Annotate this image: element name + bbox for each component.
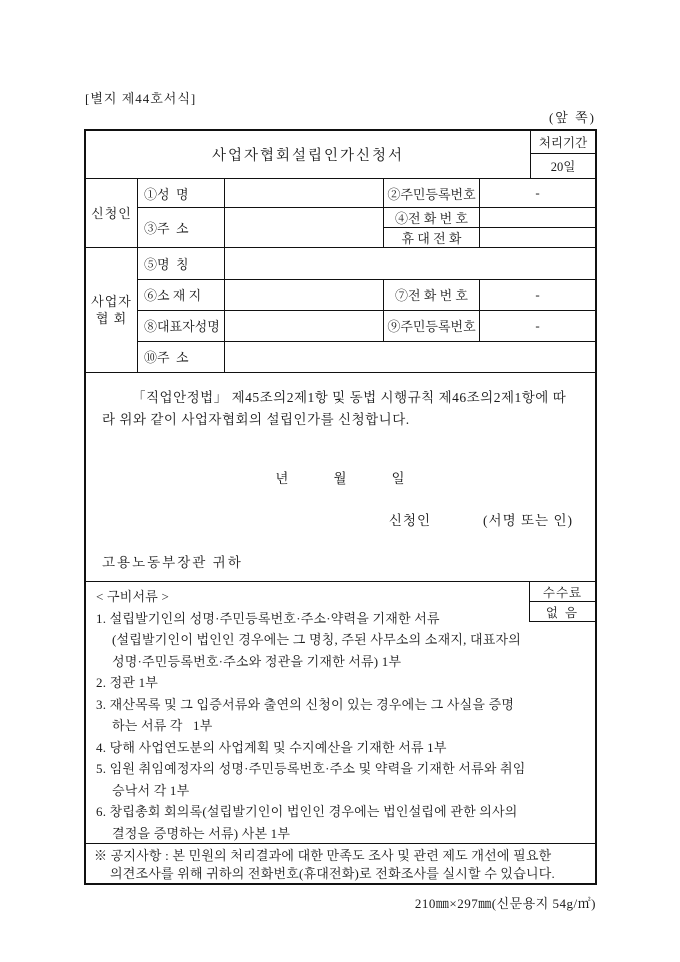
association-address-label: ⑩주 소 bbox=[138, 342, 225, 372]
document-item-cont: 승낙서 각 1부 bbox=[96, 780, 591, 802]
recipient-line: 고용노동부장관 귀하 bbox=[102, 551, 243, 571]
association-address-value bbox=[225, 342, 595, 372]
applicant-name-value bbox=[225, 179, 384, 208]
statement-line: 라 위와 같이 사업자협회의 설립인가를 신청합니다. bbox=[102, 409, 579, 431]
fee-label: 수수료 bbox=[530, 582, 595, 602]
applicant-address-value bbox=[225, 208, 384, 247]
association-name-row: ⑤명 칭 bbox=[138, 248, 595, 279]
association-representative-label: ⑧대표자성명 bbox=[138, 311, 225, 341]
title-row: 사업자협회설립인가신청서 처리기간 20일 bbox=[86, 131, 595, 178]
association-name-label: ⑤명 칭 bbox=[138, 248, 225, 278]
required-documents-section: 수수료 없 음 < 구비서류 > 1. 설립발기인의 성명·주민등록번호·주소·… bbox=[86, 581, 595, 843]
document-item: 2. 정관 1부 bbox=[96, 672, 591, 694]
signature-line: 신청인 (서명 또는 인) bbox=[102, 509, 579, 529]
association-group-label: 사업자 협 회 bbox=[86, 248, 138, 371]
statement-line: 「직업안정법」 제45조의2제1항 및 동법 시행규칙 제46조의2제1항에 따 bbox=[102, 387, 579, 409]
association-group-label-line1: 사업자 bbox=[91, 293, 132, 310]
document-item: 4. 당해 사업연도분의 사업계획 및 수지예산을 기재한 서류 1부 bbox=[96, 737, 591, 759]
form-reference: [별지 제44호서식] bbox=[85, 88, 196, 107]
paper-spec: 210㎜×297㎜(신문용지 54g/㎡) bbox=[415, 893, 596, 912]
day-label: 일 bbox=[392, 467, 406, 487]
fee-value: 없 음 bbox=[530, 602, 595, 621]
association-location-label: ⑥소 재 지 bbox=[138, 280, 225, 310]
applicant-phone-row: ④전 화 번 호 bbox=[384, 208, 595, 228]
association-phone-label: ⑦전 화 번 호 bbox=[384, 280, 480, 310]
notice-section: ※ 공지사항 : 본 민원의 처리결과에 대한 만족도 조사 및 관련 제도 개… bbox=[86, 843, 595, 883]
document-item-cont: 성명·주민등록번호·주소와 정관을 기재한 서류) 1부 bbox=[96, 651, 591, 673]
association-rrn-value: - bbox=[480, 311, 595, 341]
applicant-name-row: ①성 명 ②주민등록번호 - bbox=[138, 179, 595, 209]
form-page: [별지 제44호서식] (앞 쪽) 사업자협회설립인가신청서 처리기간 20일 … bbox=[0, 0, 680, 962]
sign-note: (서명 또는 인) bbox=[483, 509, 573, 529]
notice-line: ※ 공지사항 : 본 민원의 처리결과에 대한 만족도 조사 및 관련 제도 개… bbox=[94, 847, 589, 865]
statement-section: 「직업안정법」 제45조의2제1항 및 동법 시행규칙 제46조의2제1항에 따… bbox=[86, 372, 595, 581]
page-side-label: (앞 쪽) bbox=[549, 107, 596, 126]
application-form-table: 사업자협회설립인가신청서 처리기간 20일 신청인 ①성 명 ②주민등록번호 -… bbox=[84, 129, 597, 885]
association-section: 사업자 협 회 ⑤명 칭 ⑥소 재 지 ⑦전 화 번 호 - ⑧대표자성명 ⑨ bbox=[86, 247, 595, 371]
document-item-cont: (설립발기인이 법인인 경우에는 그 명칭, 주된 사무소의 소재지, 대표자의 bbox=[96, 629, 591, 651]
document-item: 5. 임원 취임예정자의 성명·주민등록번호·주소 및 약력을 기재한 서류와 … bbox=[96, 758, 591, 780]
applicant-rrn-label: ②주민등록번호 bbox=[384, 179, 480, 208]
applicant-section: 신청인 ①성 명 ②주민등록번호 - ③주 소 ④전 화 번 호 bbox=[86, 178, 595, 248]
association-group-label-line2: 협 회 bbox=[96, 310, 127, 327]
applicant-mobile-value bbox=[480, 228, 595, 247]
association-name-value bbox=[225, 248, 595, 278]
association-location-value bbox=[225, 280, 384, 310]
applicant-phone-label: ④전 화 번 호 bbox=[384, 208, 480, 227]
signer-label: 신청인 bbox=[389, 509, 431, 529]
applicant-name-label: ①성 명 bbox=[138, 179, 225, 208]
association-phone-value: - bbox=[480, 280, 595, 310]
fee-box: 수수료 없 음 bbox=[529, 582, 595, 622]
document-item-cont: 결정을 증명하는 서류) 사본 1부 bbox=[96, 823, 591, 845]
date-line: 년 월 일 bbox=[102, 467, 579, 487]
applicant-address-label: ③주 소 bbox=[138, 208, 225, 247]
association-address-row: ⑩주 소 bbox=[138, 342, 595, 372]
form-title: 사업자협회설립인가신청서 bbox=[86, 131, 530, 178]
documents-heading: < 구비서류 > bbox=[96, 586, 521, 608]
applicant-rrn-value: - bbox=[480, 179, 595, 208]
notice-line-cont: 의견조사를 위해 귀하의 전화번호(휴대전화)로 전화조사를 실시할 수 있습니… bbox=[94, 865, 589, 883]
association-representative-value bbox=[225, 311, 384, 341]
applicant-phone-value bbox=[480, 208, 595, 227]
processing-period-label: 처리기간 bbox=[531, 131, 595, 154]
association-representative-row: ⑧대표자성명 ⑨주민등록번호 - bbox=[138, 311, 595, 342]
processing-period-box: 처리기간 20일 bbox=[530, 131, 595, 178]
processing-period-value: 20일 bbox=[531, 154, 595, 178]
association-rrn-label: ⑨주민등록번호 bbox=[384, 311, 480, 341]
document-item: 1. 설립발기인의 성명·주민등록번호·주소·약력을 기재한 서류 bbox=[96, 608, 521, 630]
year-label: 년 bbox=[275, 467, 289, 487]
month-label: 월 bbox=[333, 467, 347, 487]
applicant-group-label: 신청인 bbox=[86, 179, 138, 248]
applicant-address-row: ③주 소 ④전 화 번 호 휴 대 전 화 bbox=[138, 208, 595, 247]
document-item-cont: 하는 서류 각 1부 bbox=[96, 715, 591, 737]
applicant-mobile-row: 휴 대 전 화 bbox=[384, 228, 595, 247]
document-item: 3. 재산목록 및 그 입증서류와 출연의 신청이 있는 경우에는 그 사실을 … bbox=[96, 694, 591, 716]
applicant-mobile-label: 휴 대 전 화 bbox=[384, 228, 480, 247]
association-location-row: ⑥소 재 지 ⑦전 화 번 호 - bbox=[138, 280, 595, 311]
document-item: 6. 창립총회 회의록(설립발기인이 법인인 경우에는 법인설립에 관한 의사의 bbox=[96, 801, 591, 823]
